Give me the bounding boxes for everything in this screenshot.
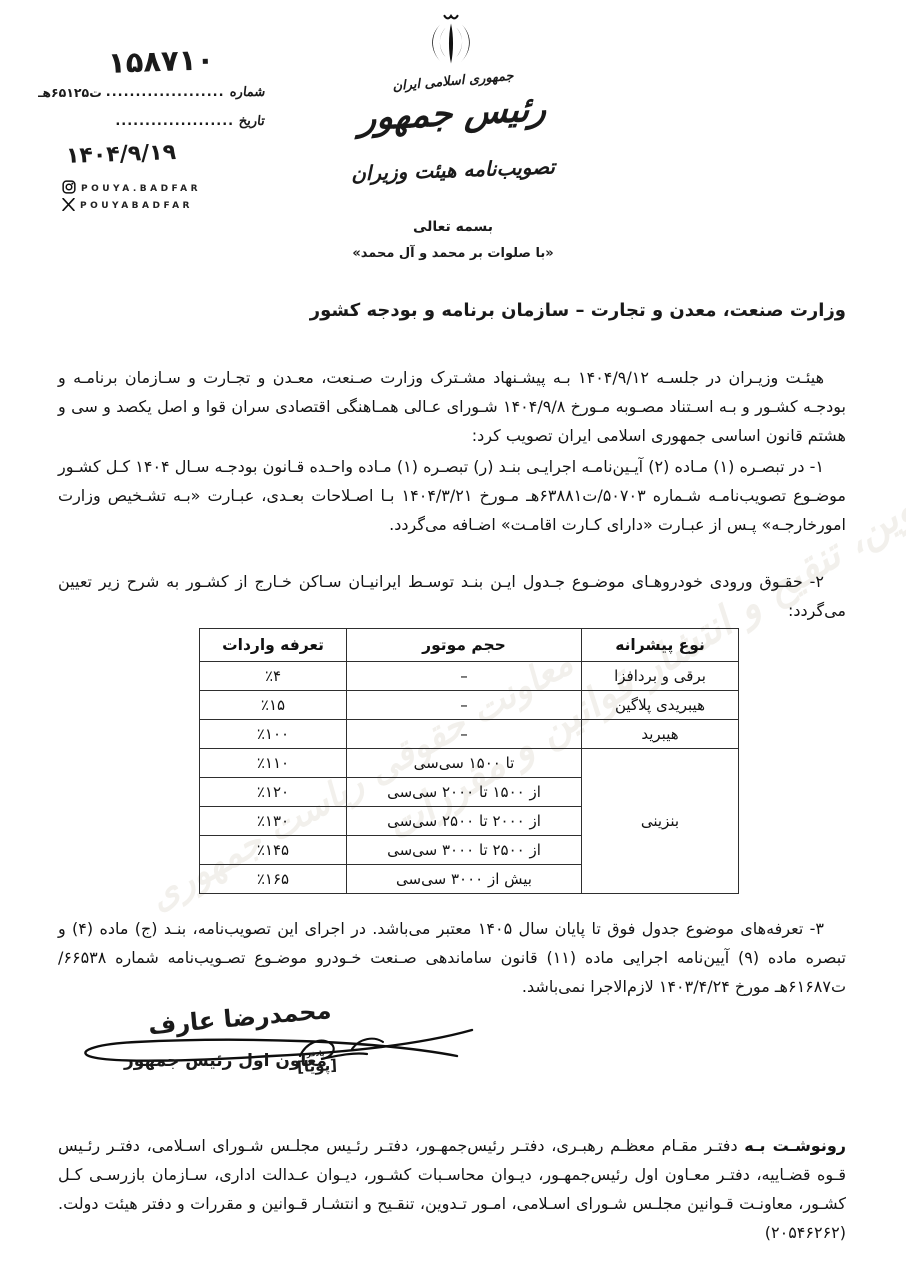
cc-paragraph: رونوشـت بـه دفتـر مقـام معظـم رهبـری، دف…	[58, 1131, 846, 1247]
tariff-table: نوع پیشرانه حجم موتور تعرفه واردات برقی …	[199, 628, 739, 894]
x-row: POUYABADFAR	[62, 197, 201, 214]
table-row: برقی و بردافزا–٪۴	[200, 662, 739, 691]
scanned-decree-page: معاونت تدوین، تنقیح و انتشار قوانین و مق…	[0, 0, 906, 1280]
header-import-tariff: تعرفه واردات	[200, 629, 347, 662]
table-header-row: نوع پیشرانه حجم موتور تعرفه واردات	[200, 629, 739, 662]
header-engine-type: نوع پیشرانه	[582, 629, 739, 662]
import-tariff-cell: ٪۱۱۰	[200, 749, 347, 778]
signature-scribble	[52, 1014, 482, 1084]
clause-1-paragraph: ۱- در تبصـره (۱) مـاده (۲) آیـین‌نامـه ا…	[58, 452, 846, 539]
import-tariff-cell: ٪۱۵	[200, 691, 347, 720]
clause-3-paragraph: ۳- تعرفه‌های موضوع جدول فوق تا پایان سال…	[58, 914, 846, 1001]
x-handle: POUYABADFAR	[80, 201, 193, 211]
engine-type-cell: هیبرید	[582, 720, 739, 749]
engine-size-cell: از ۱۵۰۰ تا ۲۰۰۰ سی‌سی	[347, 778, 582, 807]
ref-number-suffix: ت۶۵۱۲۵هـ	[38, 85, 102, 100]
engine-size-cell: تا ۱۵۰۰ سی‌سی	[347, 749, 582, 778]
import-tariff-cell: ٪۱۴۵	[200, 836, 347, 865]
cc-text: دفتـر مقـام معظـم رهبـری، دفتـر رئیس‌جمه…	[58, 1136, 846, 1242]
salavat: «با صلوات بر محمد و آل محمد»	[0, 246, 906, 261]
stamp-small-text: بادفر	[306, 1050, 324, 1059]
table-row: هیبریدی پلاگین–٪۱۵	[200, 691, 739, 720]
import-tariff-cell: ٪۱۰۰	[200, 720, 347, 749]
cc-prefix: رونوشـت بـه	[744, 1136, 846, 1155]
engine-size-cell: بیش از ۳۰۰۰ سی‌سی	[347, 865, 582, 894]
engine-type-cell: برقی و بردافزا	[582, 662, 739, 691]
import-tariff-cell: ٪۱۶۵	[200, 865, 347, 894]
engine-size-cell: از ۲۰۰۰ تا ۲۵۰۰ سی‌سی	[347, 807, 582, 836]
table-row: هیبرید–٪۱۰۰	[200, 720, 739, 749]
pouya-stamp: [پویا] بادفر	[297, 1056, 338, 1076]
iran-emblem-icon	[424, 12, 478, 80]
engine-type-cell: هیبریدی پلاگین	[582, 691, 739, 720]
engine-size-cell: –	[347, 720, 582, 749]
engine-size-cell: –	[347, 662, 582, 691]
engine-size-cell: –	[347, 691, 582, 720]
x-icon	[62, 196, 75, 215]
header-engine-size: حجم موتور	[347, 629, 582, 662]
tariff-table-body: برقی و بردافزا–٪۴هیبریدی پلاگین–٪۱۵هیبری…	[200, 662, 739, 894]
engine-type-cell: بنزینی	[582, 749, 739, 894]
intro-paragraph: هیئـت وزیـران در جلسـه ۱۴۰۴/۹/۱۲ بـه پیش…	[58, 363, 846, 450]
import-tariff-cell: ٪۴	[200, 662, 347, 691]
handwritten-ref-number: ۱۵۸۷۱۰	[85, 41, 236, 80]
addressee-line: وزارت صنعت، معدن و تجارت – سازمان برنامه…	[310, 300, 846, 321]
import-tariff-cell: ٪۱۳۰	[200, 807, 347, 836]
table-row: بنزینیتا ۱۵۰۰ سی‌سی٪۱۱۰	[200, 749, 739, 778]
engine-size-cell: از ۲۵۰۰ تا ۳۰۰۰ سی‌سی	[347, 836, 582, 865]
besmeleh: بسمه تعالی	[0, 219, 906, 235]
import-tariff-cell: ٪۱۲۰	[200, 778, 347, 807]
clause-2-paragraph: ۲- حقـوق ورودی خودروهـای موضـوع جـدول ای…	[58, 567, 846, 625]
stamp-main-text: [پویا]	[297, 1056, 338, 1076]
